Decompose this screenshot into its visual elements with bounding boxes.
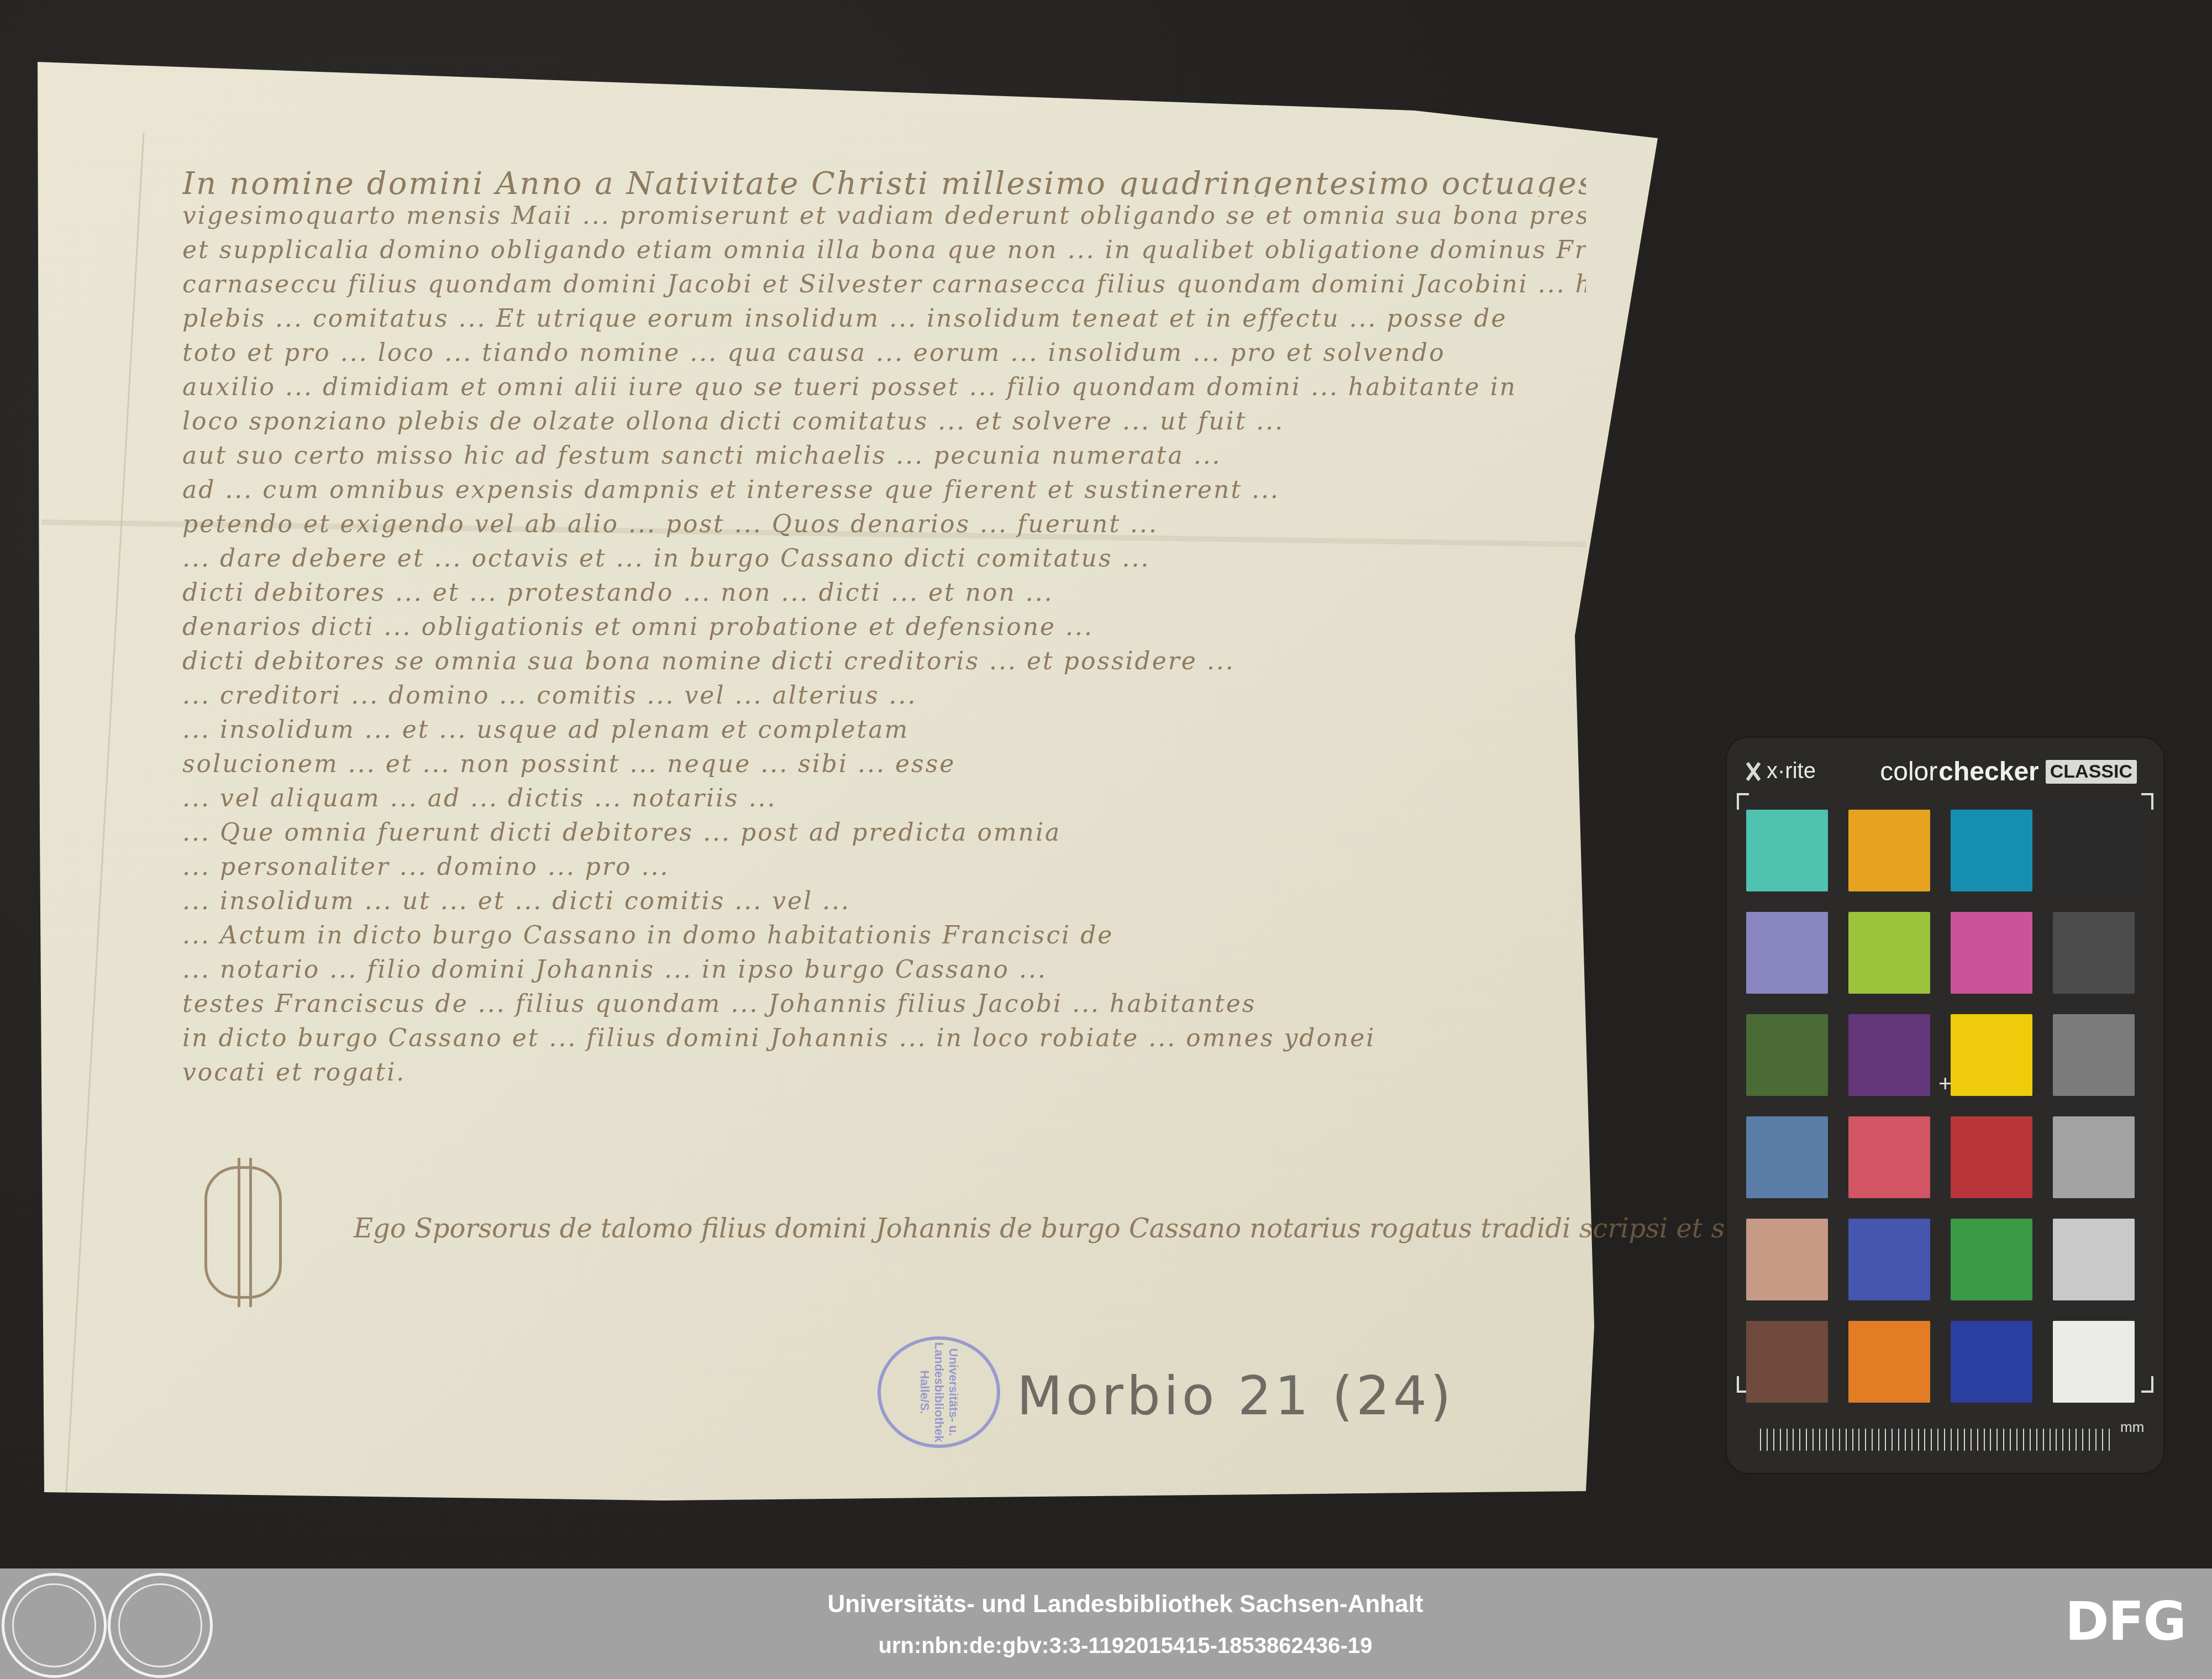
text-line: ... vel aliquam ... ad ... dictis ... no… [182,784,1586,815]
registration-mark-icon [1737,793,1749,810]
library-stamp: Universitäts- u. Landesbibliothek Halle/… [878,1336,1000,1448]
colorchecker-title: color checker CLASSIC [1880,757,2137,787]
color-patch [1746,1116,1828,1198]
text-line: ... Actum in dicto burgo Cassano in domo… [182,921,1586,952]
mm-ruler [1760,1429,2114,1451]
color-patch [1951,1321,2032,1403]
text-line: In nomine domini Anno a Nativitate Chris… [182,166,1586,197]
text-line: denarios dicti ... obligationis et omni … [182,613,1586,644]
color-patch [1746,1219,1828,1300]
text-line: petendo et exigendo vel ab alio ... post… [182,510,1586,541]
color-patch [1951,1116,2032,1198]
registration-mark-icon [2141,1376,2153,1393]
footer-bar: Universitäts- und Landesbibliothek Sachs… [0,1568,2212,1679]
color-patch [2053,912,2135,994]
text-line: ... creditori ... domino ... comitis ...… [182,681,1586,712]
text-line: aut suo certo misso hic ad festum sancti… [182,442,1586,473]
color-patch [1848,1116,1930,1198]
text-line: auxilio ... dimidiam et omni alii iure q… [182,373,1586,404]
text-line: ... personaliter ... domino ... pro ... [182,853,1586,884]
text-line: ... Que omnia fuerunt dicti debitores ..… [182,818,1586,849]
color-patch [2053,1014,2135,1096]
dfg-logo: DFG [2065,1595,2185,1648]
title-bold: checker [1938,757,2038,787]
text-line: plebis ... comitatus ... Et utrique eoru… [182,305,1586,335]
notary-sign-icon [204,1166,282,1299]
color-patch [1848,912,1930,994]
registration-mark-icon [2141,793,2153,810]
color-patch [1848,810,1930,891]
text-line: ... notario ... filio domini Johannis ..… [182,956,1586,987]
notary-subscription: Ego Sporsorus de talomo filius domini Jo… [354,1213,1847,1244]
color-patch [1848,1321,1930,1403]
color-patch-grid [1746,810,2135,1403]
color-patch [1848,1219,1930,1300]
university-seal-wittenberg-icon [108,1573,213,1678]
text-line: dicti debitores se omnia sua bona nomine… [182,647,1586,678]
university-seal-halle-icon [2,1573,107,1678]
text-line: vocati et rogati. [182,1058,735,1089]
text-line: ... dare debere et ... octavis et ... in… [182,544,1586,575]
text-line: et supplicalia domino obligando etiam om… [182,236,1586,267]
text-line: ad ... cum omnibus expensis dampnis et i… [182,476,1586,507]
color-patch [1951,1219,2032,1300]
ruler-unit: mm [2120,1419,2144,1436]
color-patch [1951,810,2032,891]
color-patch [2053,810,2135,891]
text-line: toto et pro ... loco ... tiando nomine .… [182,339,1586,370]
institution-name: Universitäts- und Landesbibliothek Sachs… [0,1591,2212,1618]
classic-badge: CLASSIC [2046,760,2137,784]
color-patch [2053,1219,2135,1300]
color-patch [1746,810,1828,891]
text-line: vigesimoquarto mensis Maii ... promiseru… [182,202,1586,233]
color-patch [1848,1014,1930,1096]
stamp-text: Universitäts- u. Landesbibliothek Halle/… [917,1340,960,1445]
text-line: loco sponziano plebis de olzate ollona d… [182,407,1586,438]
text-line: in dicto burgo Cassano et ... filius dom… [182,1024,1586,1055]
color-patch [1951,1014,2032,1096]
color-patch [2053,1116,2135,1198]
text-line: solucionem ... et ... non possint ... ne… [182,750,1586,781]
color-patch [2053,1321,2135,1403]
xrite-label: x·rite [1767,759,1816,784]
crosshair-icon: + [1938,1072,1952,1095]
color-patch [1951,912,2032,994]
pencil-shelfmark: Morbio 21 (24) [1017,1365,1454,1427]
color-patch [1746,1321,1828,1403]
text-line: ... insolidum ... ut ... et ... dicti co… [182,887,1586,918]
color-patch [1746,912,1828,994]
text-line: testes Franciscus de ... filius quondam … [182,990,1586,1021]
text-line: dicti debitores ... et ... protestando .… [182,579,1586,610]
xrite-logo-icon [1745,761,1761,782]
urn-identifier: urn:nbn:de:gbv:3:3-1192015415-1853862436… [0,1634,2212,1659]
color-patch [1746,1014,1828,1096]
text-line: ... insolidum ... et ... usque ad plenam… [182,716,1586,747]
color-checker-card: x·rite color checker CLASSIC + mm [1727,738,2163,1473]
xrite-brand: x·rite [1745,759,1816,784]
text-line: carnaseccu filius quondam domini Jacobi … [182,270,1586,301]
title-light: color [1880,757,1937,787]
